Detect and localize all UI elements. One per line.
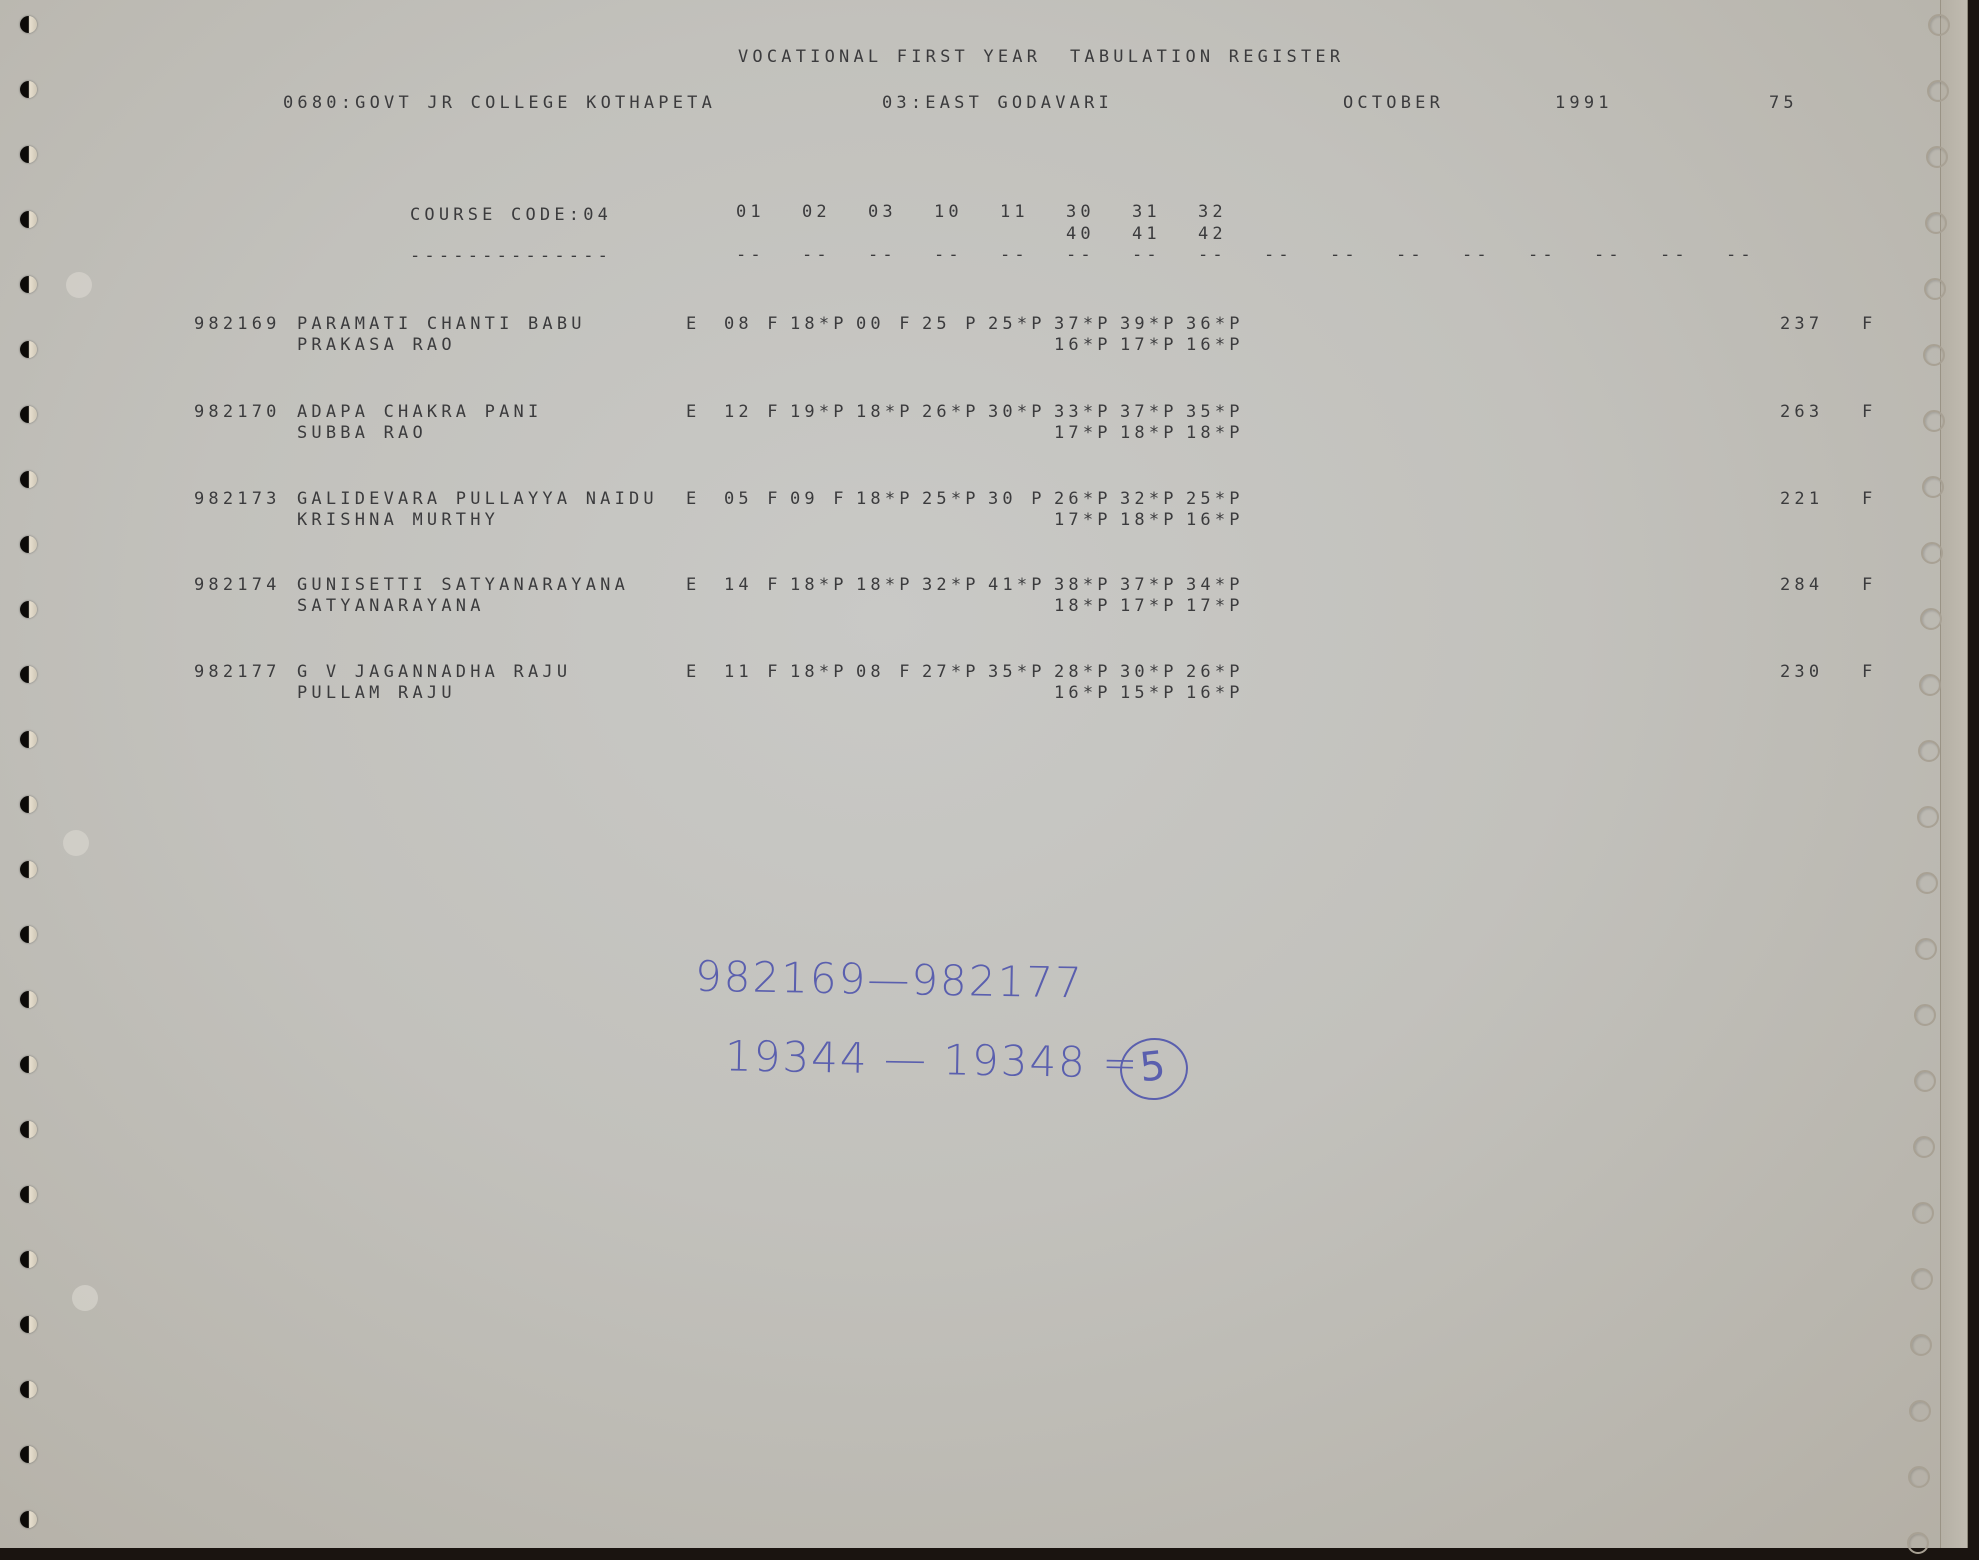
sprocket-hole xyxy=(1918,740,1940,762)
column-dash: -- xyxy=(934,245,963,265)
subject-mark: 25*P xyxy=(922,489,980,509)
sprocket-hole xyxy=(20,341,37,358)
tabulation-sheet: VOCATIONAL FIRST YEAR TABULATION REGISTE… xyxy=(0,0,1968,1548)
subject-code: 32 xyxy=(1198,202,1227,222)
column-dash: -- xyxy=(1000,245,1029,265)
subject-mark-second: 17*P xyxy=(1120,596,1178,616)
subject-mark: 28*P xyxy=(1054,662,1112,682)
father-name: SATYANARAYANA xyxy=(297,596,485,616)
subject-mark: 41*P xyxy=(988,575,1046,595)
total-marks: 237 xyxy=(1780,314,1823,334)
subject-mark: 26*P xyxy=(1186,662,1244,682)
subject-mark: 34*P xyxy=(1186,575,1244,595)
column-dash: -- xyxy=(1726,245,1755,265)
total-marks: 284 xyxy=(1780,575,1823,595)
sprocket-hole xyxy=(1911,1268,1933,1290)
subject-mark: 32*P xyxy=(922,575,980,595)
result: F xyxy=(1862,402,1876,422)
subject-mark: 33*P xyxy=(1054,402,1112,422)
subject-mark: 27*P xyxy=(922,662,980,682)
subject-mark: 25 P xyxy=(922,314,980,334)
subject-mark: 30 P xyxy=(988,489,1046,509)
page-number: 75 xyxy=(1769,93,1798,113)
sprocket-hole xyxy=(20,1381,37,1398)
subject-mark: 00 F xyxy=(856,314,914,334)
subject-mark: 37*P xyxy=(1120,575,1178,595)
course-code-underline: -------------- xyxy=(410,246,612,266)
sprocket-hole xyxy=(20,1056,37,1073)
subject-mark: 08 F xyxy=(724,314,782,334)
subject-mark: 18*P xyxy=(856,402,914,422)
sprocket-hole xyxy=(20,1186,37,1203)
column-dash: -- xyxy=(1396,245,1425,265)
subject-mark: 12 F xyxy=(724,402,782,422)
exam-month: OCTOBER xyxy=(1343,93,1444,113)
hall-ticket-number: 982169 xyxy=(194,314,281,334)
subject-mark-second: 18*P xyxy=(1054,596,1112,616)
college-name: 0680:GOVT JR COLLEGE KOTHAPETA xyxy=(283,93,716,113)
sprocket-hole xyxy=(1923,344,1945,366)
sprocket-hole xyxy=(1927,80,1949,102)
sprocket-hole xyxy=(20,406,37,423)
sprocket-hole xyxy=(1913,1136,1935,1158)
tractor-feed-strip xyxy=(1940,0,1967,1548)
subject-mark: 30*P xyxy=(1120,662,1178,682)
sprocket-hole xyxy=(1916,872,1938,894)
subject-mark: 19*P xyxy=(790,402,848,422)
father-name: KRISHNA MURTHY xyxy=(297,510,499,530)
register-title: VOCATIONAL FIRST YEAR TABULATION REGISTE… xyxy=(738,47,1344,67)
subject-mark-second: 16*P xyxy=(1186,510,1244,530)
sprocket-hole xyxy=(20,601,37,618)
sprocket-hole xyxy=(20,1446,37,1463)
hall-ticket-number: 982173 xyxy=(194,489,281,509)
sprocket-hole xyxy=(20,991,37,1008)
sprocket-hole xyxy=(1917,806,1939,828)
subject-mark-second: 17*P xyxy=(1054,510,1112,530)
result: F xyxy=(1862,575,1876,595)
paper-smudge xyxy=(63,830,89,856)
subject-mark: 35*P xyxy=(988,662,1046,682)
column-dash: -- xyxy=(1594,245,1623,265)
hall-ticket-number: 982174 xyxy=(194,575,281,595)
sprocket-hole xyxy=(20,276,37,293)
sprocket-hole xyxy=(20,1121,37,1138)
subject-code-second: 41 xyxy=(1132,224,1161,244)
column-dash: -- xyxy=(1462,245,1491,265)
sprocket-hole xyxy=(20,211,37,228)
subject-mark: 18*P xyxy=(856,575,914,595)
sprocket-hole xyxy=(20,1316,37,1333)
circled-count-value: 5 xyxy=(1137,1043,1167,1091)
column-dash: -- xyxy=(868,245,897,265)
handwritten-range-line2: 19344 — 19348 = xyxy=(725,1031,1140,1087)
subject-mark-second: 18*P xyxy=(1120,510,1178,530)
medium: E xyxy=(686,402,700,422)
total-marks: 230 xyxy=(1780,662,1823,682)
subject-mark: 18*P xyxy=(790,314,848,334)
subject-mark: 39*P xyxy=(1120,314,1178,334)
subject-mark: 18*P xyxy=(790,575,848,595)
column-dash: -- xyxy=(1132,245,1161,265)
subject-mark: 32*P xyxy=(1120,489,1178,509)
sprocket-hole xyxy=(1912,1202,1934,1224)
total-marks: 263 xyxy=(1780,402,1823,422)
subject-mark-second: 17*P xyxy=(1120,335,1178,355)
sprocket-hole xyxy=(1921,542,1943,564)
subject-code-second: 42 xyxy=(1198,224,1227,244)
sprocket-hole xyxy=(20,471,37,488)
course-code-label: COURSE CODE:04 xyxy=(410,205,612,225)
sprocket-hole xyxy=(1920,608,1942,630)
subject-mark: 14 F xyxy=(724,575,782,595)
sprocket-hole xyxy=(1928,14,1950,36)
subject-mark: 05 F xyxy=(724,489,782,509)
sprocket-hole xyxy=(20,16,37,33)
column-dash: -- xyxy=(736,245,765,265)
sprocket-hole xyxy=(20,731,37,748)
sprocket-hole xyxy=(20,926,37,943)
sprocket-hole xyxy=(1924,278,1946,300)
subject-mark: 37*P xyxy=(1120,402,1178,422)
medium: E xyxy=(686,314,700,334)
hall-ticket-number: 982170 xyxy=(194,402,281,422)
paper-smudge xyxy=(72,1285,98,1311)
student-name: GALIDEVARA PULLAYYA NAIDU xyxy=(297,489,658,509)
column-dash: -- xyxy=(802,245,831,265)
column-dash: -- xyxy=(1198,245,1227,265)
district-name: 03:EAST GODAVARI xyxy=(882,93,1113,113)
subject-mark-second: 16*P xyxy=(1054,683,1112,703)
subject-code: 10 xyxy=(934,202,963,222)
sprocket-hole xyxy=(20,796,37,813)
sprocket-hole xyxy=(1915,938,1937,960)
subject-mark: 38*P xyxy=(1054,575,1112,595)
exam-year: 1991 xyxy=(1555,93,1613,113)
subject-code: 02 xyxy=(802,202,831,222)
sprocket-hole xyxy=(1914,1070,1936,1092)
subject-mark: 09 F xyxy=(790,489,848,509)
subject-mark: 25*P xyxy=(988,314,1046,334)
father-name: SUBBA RAO xyxy=(297,423,427,443)
subject-mark: 18*P xyxy=(856,489,914,509)
subject-mark-second: 16*P xyxy=(1186,683,1244,703)
subject-code: 01 xyxy=(736,202,765,222)
column-dash: -- xyxy=(1330,245,1359,265)
sprocket-hole xyxy=(1923,410,1945,432)
subject-code: 03 xyxy=(868,202,897,222)
total-marks: 221 xyxy=(1780,489,1823,509)
sprocket-hole xyxy=(1907,1532,1929,1554)
sprocket-hole xyxy=(20,1251,37,1268)
sprocket-hole xyxy=(20,1511,37,1528)
medium: E xyxy=(686,662,700,682)
sprocket-hole xyxy=(1909,1400,1931,1422)
medium: E xyxy=(686,575,700,595)
sprocket-hole xyxy=(1908,1466,1930,1488)
student-name: G V JAGANNADHA RAJU xyxy=(297,662,571,682)
result: F xyxy=(1862,314,1876,334)
subject-mark: 36*P xyxy=(1186,314,1244,334)
father-name: PRAKASA RAO xyxy=(297,335,456,355)
medium: E xyxy=(686,489,700,509)
subject-mark: 18*P xyxy=(790,662,848,682)
subject-mark-second: 18*P xyxy=(1186,423,1244,443)
subject-mark: 37*P xyxy=(1054,314,1112,334)
subject-mark-second: 16*P xyxy=(1054,335,1112,355)
subject-mark: 26*P xyxy=(1054,489,1112,509)
sprocket-hole xyxy=(20,146,37,163)
subject-mark: 08 F xyxy=(856,662,914,682)
result: F xyxy=(1862,489,1876,509)
father-name: PULLAM RAJU xyxy=(297,683,456,703)
sprocket-hole xyxy=(1910,1334,1932,1356)
subject-mark-second: 17*P xyxy=(1186,596,1244,616)
paper-smudge xyxy=(66,272,92,298)
student-name: GUNISETTI SATYANARAYANA xyxy=(297,575,629,595)
subject-code: 31 xyxy=(1132,202,1161,222)
subject-mark-second: 17*P xyxy=(1054,423,1112,443)
subject-code: 11 xyxy=(1000,202,1029,222)
sprocket-hole xyxy=(20,666,37,683)
column-dash: -- xyxy=(1660,245,1689,265)
hall-ticket-number: 982177 xyxy=(194,662,281,682)
subject-mark: 25*P xyxy=(1186,489,1244,509)
sprocket-hole xyxy=(20,81,37,98)
result: F xyxy=(1862,662,1876,682)
column-dash: -- xyxy=(1066,245,1095,265)
subject-mark: 35*P xyxy=(1186,402,1244,422)
student-name: PARAMATI CHANTI BABU xyxy=(297,314,586,334)
subject-code-second: 40 xyxy=(1066,224,1095,244)
sprocket-hole xyxy=(1914,1004,1936,1026)
subject-mark: 30*P xyxy=(988,402,1046,422)
column-dash: -- xyxy=(1528,245,1557,265)
sprocket-hole xyxy=(20,536,37,553)
sprocket-hole xyxy=(20,861,37,878)
subject-mark: 11 F xyxy=(724,662,782,682)
sprocket-hole xyxy=(1925,212,1947,234)
subject-mark-second: 16*P xyxy=(1186,335,1244,355)
column-dash: -- xyxy=(1264,245,1293,265)
subject-code: 30 xyxy=(1066,202,1095,222)
student-name: ADAPA CHAKRA PANI xyxy=(297,402,542,422)
sprocket-hole xyxy=(1919,674,1941,696)
subject-mark-second: 15*P xyxy=(1120,683,1178,703)
handwritten-range-line1: 982169—982177 xyxy=(695,952,1084,1008)
sprocket-hole xyxy=(1926,146,1948,168)
subject-mark: 26*P xyxy=(922,402,980,422)
subject-mark-second: 18*P xyxy=(1120,423,1178,443)
sprocket-hole xyxy=(1922,476,1944,498)
